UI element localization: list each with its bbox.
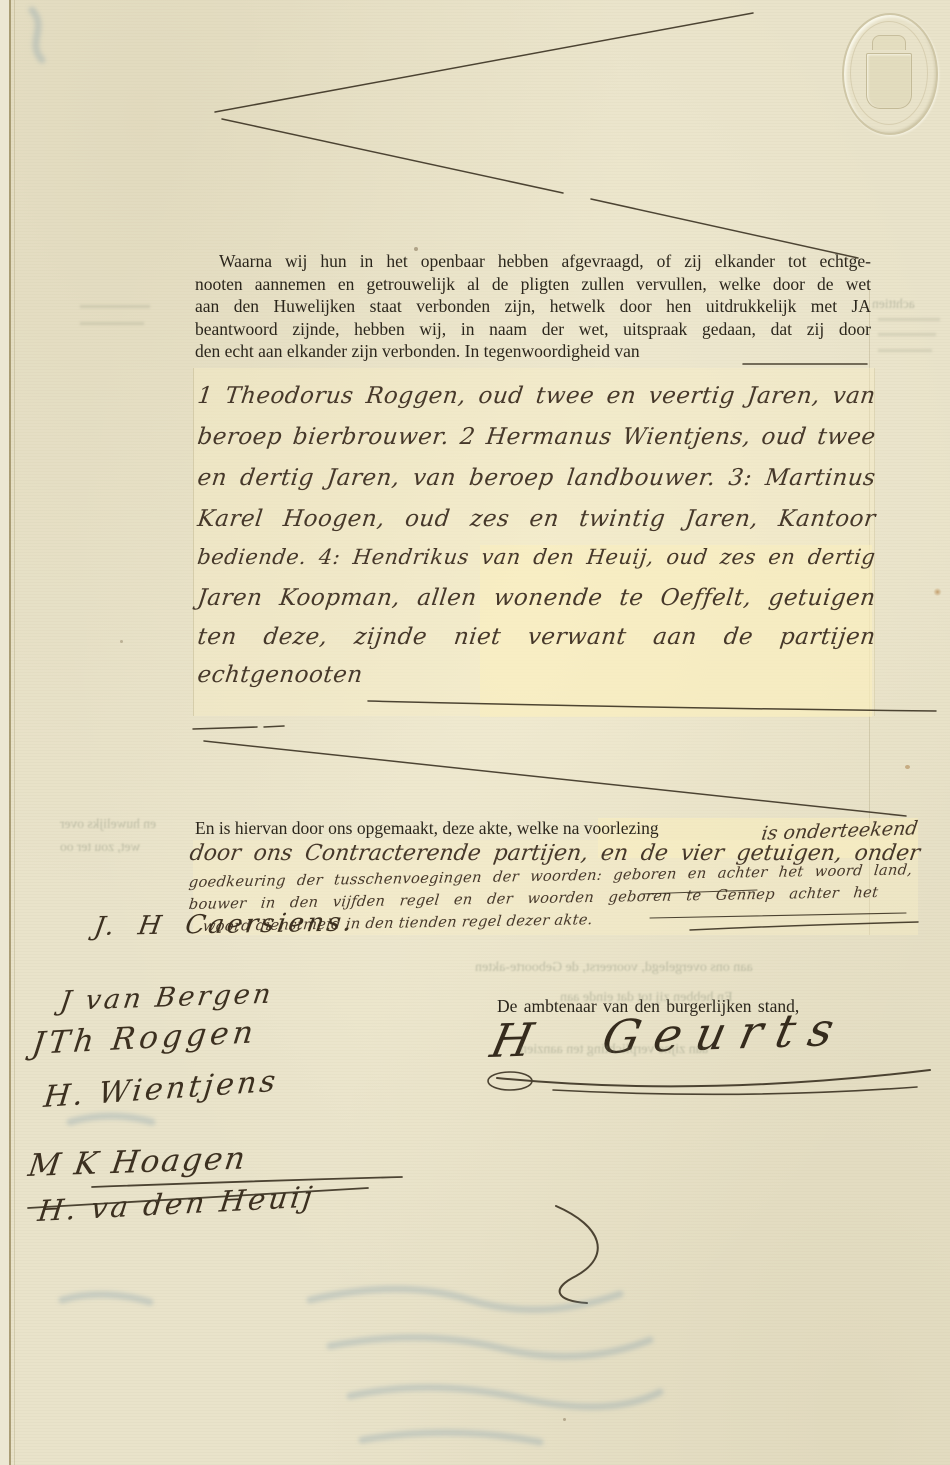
ghost-stripe [878, 333, 936, 336]
script-line: ten deze, zijnde niet verwant aan de par… [196, 624, 877, 650]
script-line: Karel Hoogen, oud zes en twintig Jaren, … [196, 506, 877, 532]
signature-wientjens: H. Wientjens [42, 1064, 280, 1115]
printed-line: aan den Huwelijken staat verbonden zijn,… [195, 295, 871, 318]
signature-van-den-heuij: H. va den Heuij [36, 1180, 317, 1228]
ghost-text: en huwelijks over [60, 816, 156, 832]
script-line: echtgenooten [196, 662, 877, 688]
ghost-text: aan zijne verplichting ten aanzien [520, 1042, 708, 1058]
embossed-seal-icon [842, 13, 938, 135]
ghost-stripe [80, 322, 144, 325]
ink-speck [563, 1418, 566, 1421]
signature-hoagen: M K Hoagen [26, 1140, 249, 1184]
ghost-text: wet, zou ter oo [60, 839, 140, 855]
ink-speck [120, 640, 123, 643]
ink-lines-svg [0, 0, 950, 1465]
printed-line: den echt aan elkander zijn verbonden. In… [195, 340, 871, 363]
paper-edge [0, 0, 9, 1465]
document-page: Waarna wij hun in het openbaar hebben af… [0, 0, 950, 1465]
printed-line: Waarna wij hun in het openbaar hebben af… [195, 250, 871, 273]
foxing-spot [905, 765, 910, 769]
foxing-spot [933, 588, 942, 596]
script-line: Jaren Koopman, allen wonende te Oeffelt,… [196, 585, 877, 611]
seal-shield [866, 53, 912, 109]
script-line: en dertig Jaren, van beroep landbouwer. … [196, 465, 877, 491]
ghost-stripe [878, 349, 932, 352]
ghost-stripe [878, 318, 940, 321]
signature-registrar-geurts: H Geurts [486, 1002, 853, 1068]
signature-van-bergen: J van Bergen [58, 979, 276, 1017]
signature-roggen: JTh Roggen [30, 1014, 259, 1062]
closing-printed-line: En is hiervan door ons opgemaakt, deze a… [195, 817, 659, 840]
signature-caersiens: J. H Caersiens. [92, 907, 357, 942]
script-line: bediende. 4: Hendrikus van den Heuij, ou… [196, 545, 877, 569]
ghost-text: En hebben zij tot dat einde aan [560, 990, 733, 1006]
printed-line: beantwoord zijnde, hebben wij, in naam d… [195, 318, 871, 341]
ghost-text: achttien [872, 296, 915, 312]
script-line: beroep bierbrouwer. 2 Hermanus Wientjens… [196, 424, 877, 450]
ghost-stripe [80, 305, 150, 308]
binding-edge-line [9, 0, 11, 1465]
ghost-text: aan ons overgelegd, vooreerst, de Geboor… [475, 960, 753, 976]
printed-line: nooten aannemen en getrouwelijk al de pl… [195, 273, 871, 296]
seal-crown [872, 35, 906, 50]
script-line: 1 Theodorus Roggen, oud twee en veertig … [196, 383, 877, 409]
binding-edge-line-faint [14, 0, 15, 1465]
